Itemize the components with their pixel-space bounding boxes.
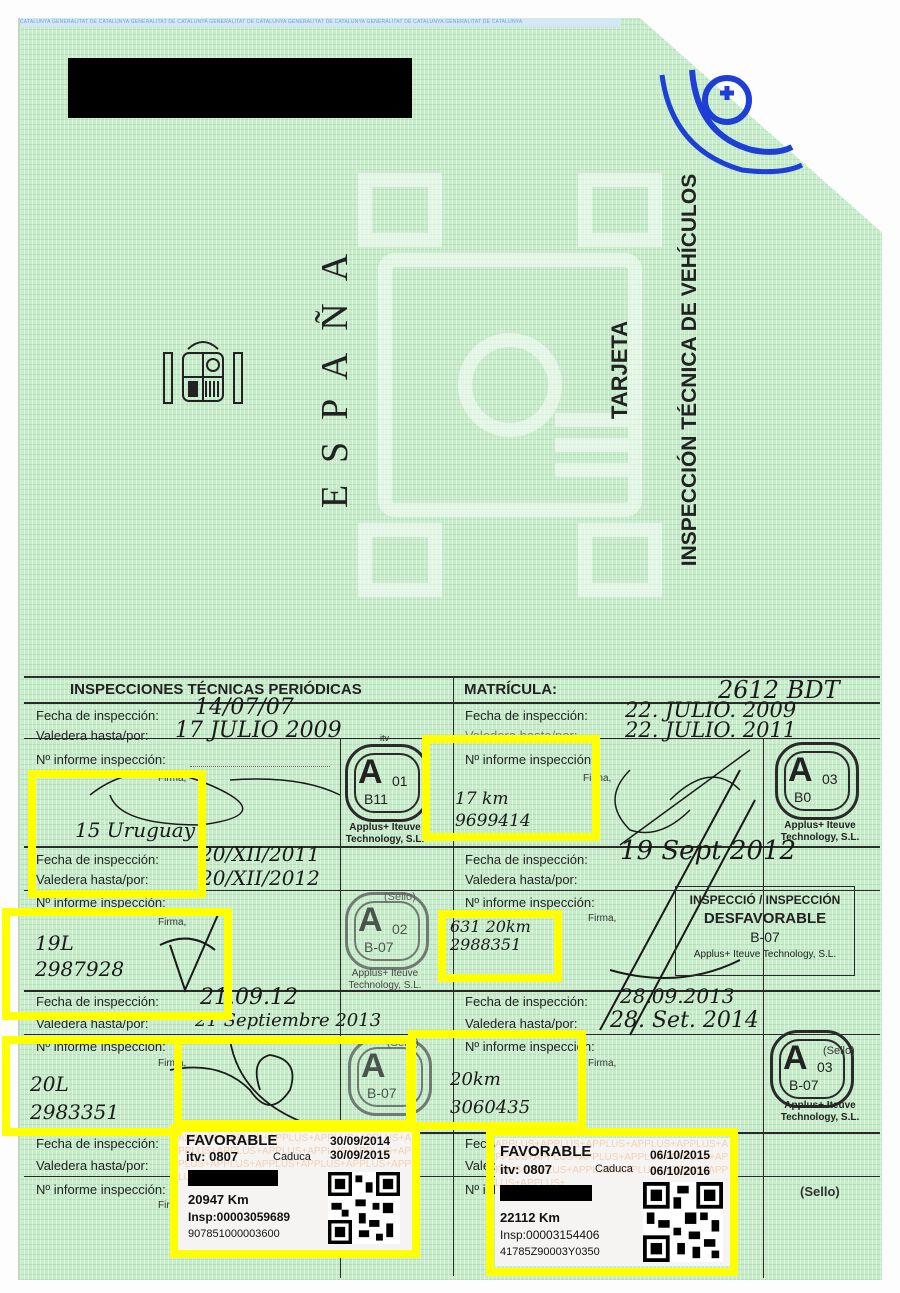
label-fecha: Fecha de inspección: [465, 994, 588, 1009]
highlight-box [176, 1036, 414, 1128]
label-valedera: Valedera hasta/por: [36, 728, 149, 743]
right-stamp-divider [763, 738, 764, 1278]
blue-stamp-icon [652, 55, 812, 180]
highlight-box [408, 1030, 586, 1130]
label-valedera: Valedera hasta/por: [36, 1158, 149, 1173]
entry-1-valedera: 17 JULIO 2009 [175, 718, 342, 743]
itv-stamp-6: A 03 B-07 (Sello) [770, 1030, 854, 1108]
label-informe: Nº informe inspección: [36, 1182, 166, 1197]
country-title: ESPAÑA [313, 232, 357, 508]
spain-coat-of-arms-icon [158, 335, 248, 420]
desfavorable-stamp: INSPECCIÓ / INSPECCIÓN DESFAVORABLE B-07… [675, 886, 855, 976]
label-valedera: Valedera hasta/por: [465, 1016, 578, 1031]
itv-stamp-1: A 01 B11 itv [345, 744, 429, 822]
itv-stamp-3: A 02 B-07 (Sello) [345, 892, 429, 970]
highlight-box [2, 908, 232, 1020]
highlight-box [170, 1124, 420, 1258]
stamp-3-company: Applus+ IteuveTechnology, S.L. [325, 968, 445, 992]
highlight-box [28, 770, 206, 898]
entry-2-valedera: 22. JULIO. 2011 [625, 718, 796, 742]
entry-1-fecha: 14/07/07 [195, 695, 294, 720]
card-subtitle: INSPECCIÓN TÉCNICA DE VEHÍCULOS [678, 174, 702, 566]
highlight-box [486, 1128, 738, 1276]
entry-6-fecha: 28.09.2013 [620, 984, 735, 1008]
card-title: TARJETA [607, 321, 633, 419]
stamp-6-company: Applus+ IteuveTechnology, S.L. [760, 1100, 880, 1124]
label-fecha: Fecha de inspección: [36, 1136, 159, 1151]
label-firma: Firma, [588, 1058, 616, 1069]
label-fecha: Fecha de inspección: [465, 708, 588, 723]
highlight-box [2, 1036, 182, 1136]
entry-3-valedera: 20/XII/2012 [200, 866, 320, 890]
label-fecha: Fecha de inspección: [36, 708, 159, 723]
itv-stamp-2: A 03 B0 [775, 742, 859, 820]
right-header: MATRÍCULA: [464, 681, 557, 698]
redacted-name-block [68, 58, 412, 118]
highlight-box [422, 735, 600, 841]
entry-3-fecha: 20/XII/2011 [200, 842, 320, 866]
generalitat-strip: CATALUNYA GENERALITAT DE CATALUNYA GENER… [20, 18, 620, 27]
empty-sello-label: (Sello) [800, 1184, 840, 1199]
highlight-box [438, 910, 562, 982]
row-line-7 [24, 1176, 880, 1177]
entry-6-valedera: 28. Set. 2014 [610, 1008, 759, 1033]
